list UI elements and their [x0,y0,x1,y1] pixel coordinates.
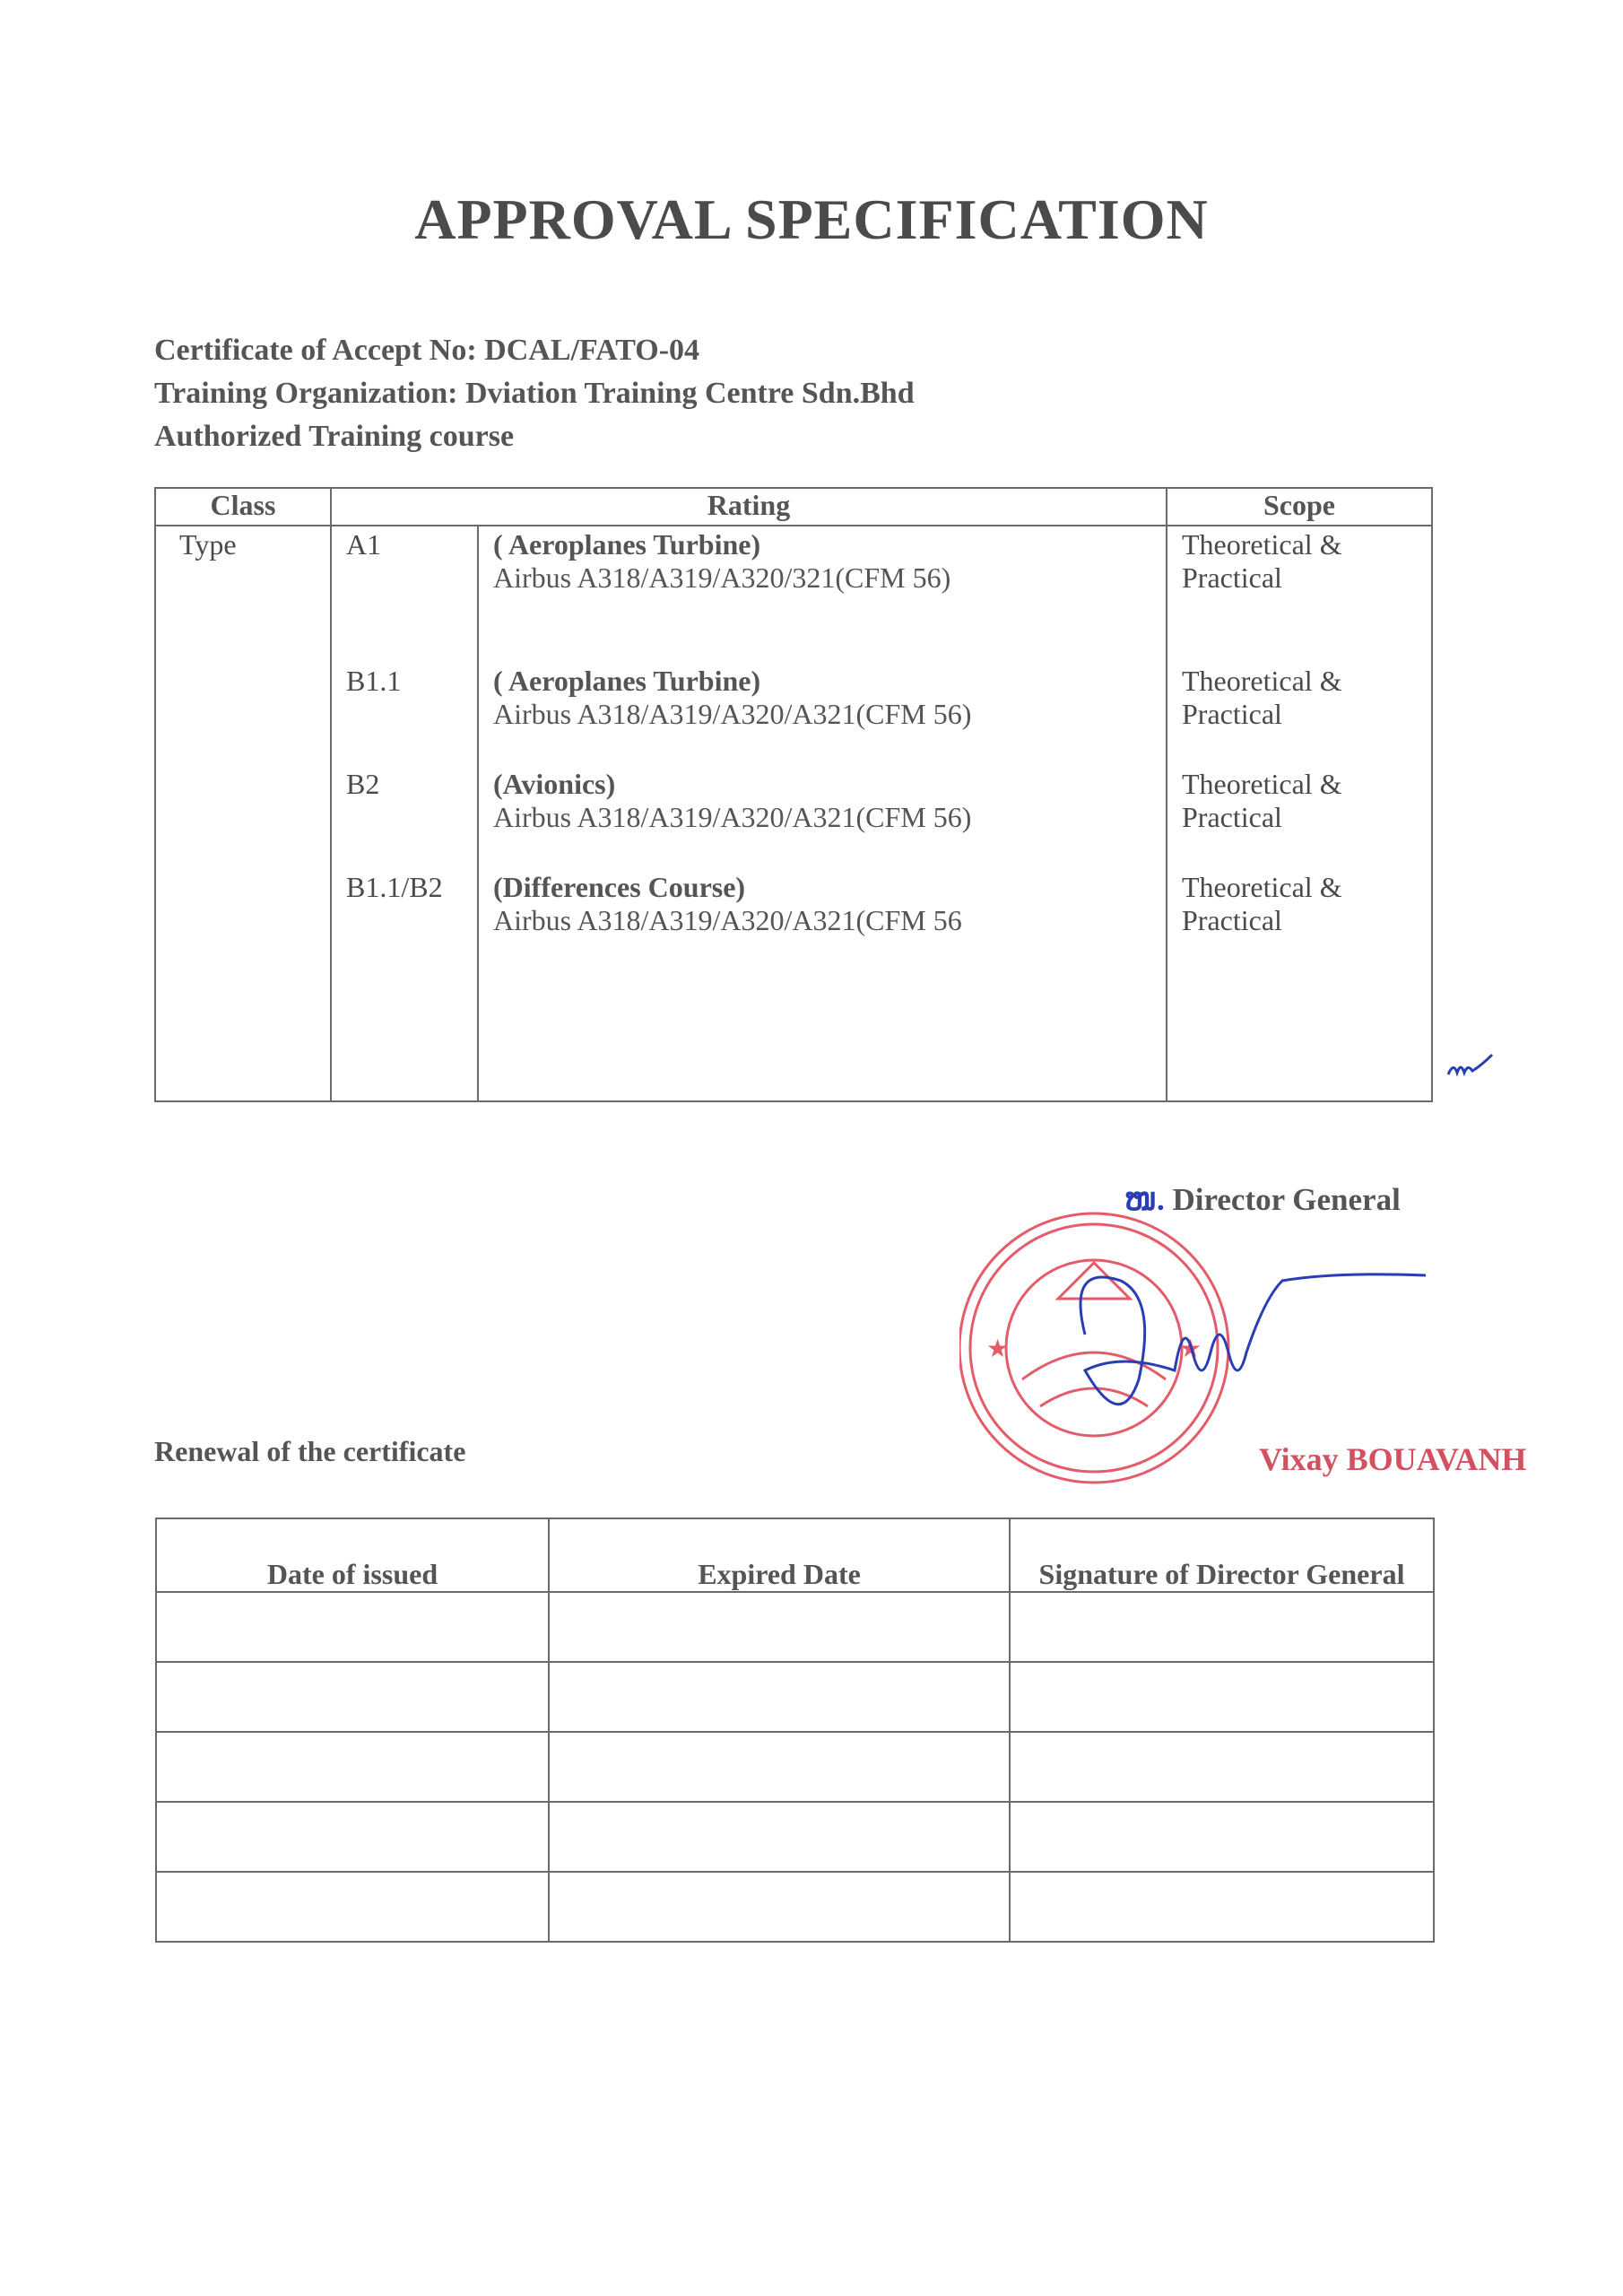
scope-a1: Theoretical & Practical [1182,526,1431,665]
header-class: Class [155,488,331,526]
rating-entry: ( Aeroplanes Turbine) Airbus A318/A319/A… [493,665,1166,768]
initials-mark [1444,1049,1515,1085]
rating-title: (Avionics) [493,768,1166,801]
rating-entry: (Differences Course) Airbus A318/A319/A3… [493,871,1166,937]
date-issued-cell[interactable] [156,1662,549,1732]
rating-title: ( Aeroplanes Turbine) [493,665,1166,698]
signature-cell[interactable] [1010,1802,1434,1872]
signature-cell[interactable] [1010,1592,1434,1662]
rating-aircraft: Airbus A318/A319/A320/A321(CFM 56) [493,801,1166,834]
rating-title: ( Aeroplanes Turbine) [493,528,1166,561]
rating-aircraft: Airbus A318/A319/A320/A321(CFM 56 [493,904,1166,937]
header-signature: Signature of Director General [1010,1518,1434,1592]
code-column: A1 B1.1 B2 B1.1/B2 [331,526,478,1101]
authorized-course-label: Authorized Training course [154,420,514,454]
renewal-row [156,1662,1434,1732]
expired-date-cell[interactable] [549,1732,1010,1802]
renewal-header-row: Date of issued Expired Date Signature of… [156,1518,1434,1592]
scope-column: Theoretical & Practical Theoretical & Pr… [1167,526,1432,1101]
training-organization: Training Organization: Dviation Training… [154,377,915,411]
renewal-row [156,1872,1434,1942]
rating-aircraft: Airbus A318/A319/A320/321(CFM 56) [493,561,1166,595]
header-expired-date: Expired Date [549,1518,1010,1592]
rating-aircraft: Airbus A318/A319/A320/A321(CFM 56) [493,698,1166,731]
scope-b2: Theoretical & Practical [1182,768,1431,871]
document-title: APPROVAL SPECIFICATION [0,187,1623,253]
header-scope: Scope [1167,488,1432,526]
expired-date-cell[interactable] [549,1592,1010,1662]
header-rating: Rating [331,488,1167,526]
date-issued-cell[interactable] [156,1732,549,1802]
scope-b1-1: Theoretical & Practical [1182,665,1431,768]
certificate-number: Certificate of Accept No: DCAL/FATO-04 [154,334,699,368]
signature-ink-icon [1081,1274,1426,1405]
rating-column: ( Aeroplanes Turbine) Airbus A318/A319/A… [478,526,1167,1101]
code-b1-1: B1.1 [346,665,477,768]
expired-date-cell[interactable] [549,1662,1010,1732]
signature-cell[interactable] [1010,1662,1434,1732]
code-a1: A1 [346,526,477,665]
date-issued-cell[interactable] [156,1802,549,1872]
date-issued-cell[interactable] [156,1872,549,1942]
svg-text:★: ★ [986,1335,1009,1363]
spec-body-row: Type A1 B1.1 B2 B1.1/B2 ( Aeroplanes Tur… [155,526,1432,1101]
expired-date-cell[interactable] [549,1872,1010,1942]
code-b1-1-b2: B1.1/B2 [346,871,477,904]
signatory-name: Vixay BOUAVANH [1259,1440,1526,1478]
date-issued-cell[interactable] [156,1592,549,1662]
renewal-row [156,1732,1434,1802]
rating-entry: ( Aeroplanes Turbine) Airbus A318/A319/A… [493,526,1166,665]
rating-title: (Differences Course) [493,871,1166,904]
renewal-table: Date of issued Expired Date Signature of… [155,1518,1435,1943]
spec-header-row: Class Rating Scope [155,488,1432,526]
renewal-row [156,1802,1434,1872]
header-date-issued: Date of issued [156,1518,549,1592]
rating-entry: (Avionics) Airbus A318/A319/A320/A321(CF… [493,768,1166,871]
expired-date-cell[interactable] [549,1802,1010,1872]
stamp-seal-icon: ★ ★ [959,1213,1228,1483]
approval-spec-table: Class Rating Scope Type A1 B1.1 B2 B1.1/… [154,487,1433,1102]
class-value: Type [179,526,330,561]
renewal-row [156,1592,1434,1662]
signature-cell[interactable] [1010,1872,1434,1942]
class-cell: Type [155,526,331,1101]
code-b2: B2 [346,768,477,871]
scope-b1-1-b2: Theoretical & Practical [1182,871,1431,937]
renewal-label: Renewal of the certificate [154,1435,465,1468]
signature-cell[interactable] [1010,1732,1434,1802]
